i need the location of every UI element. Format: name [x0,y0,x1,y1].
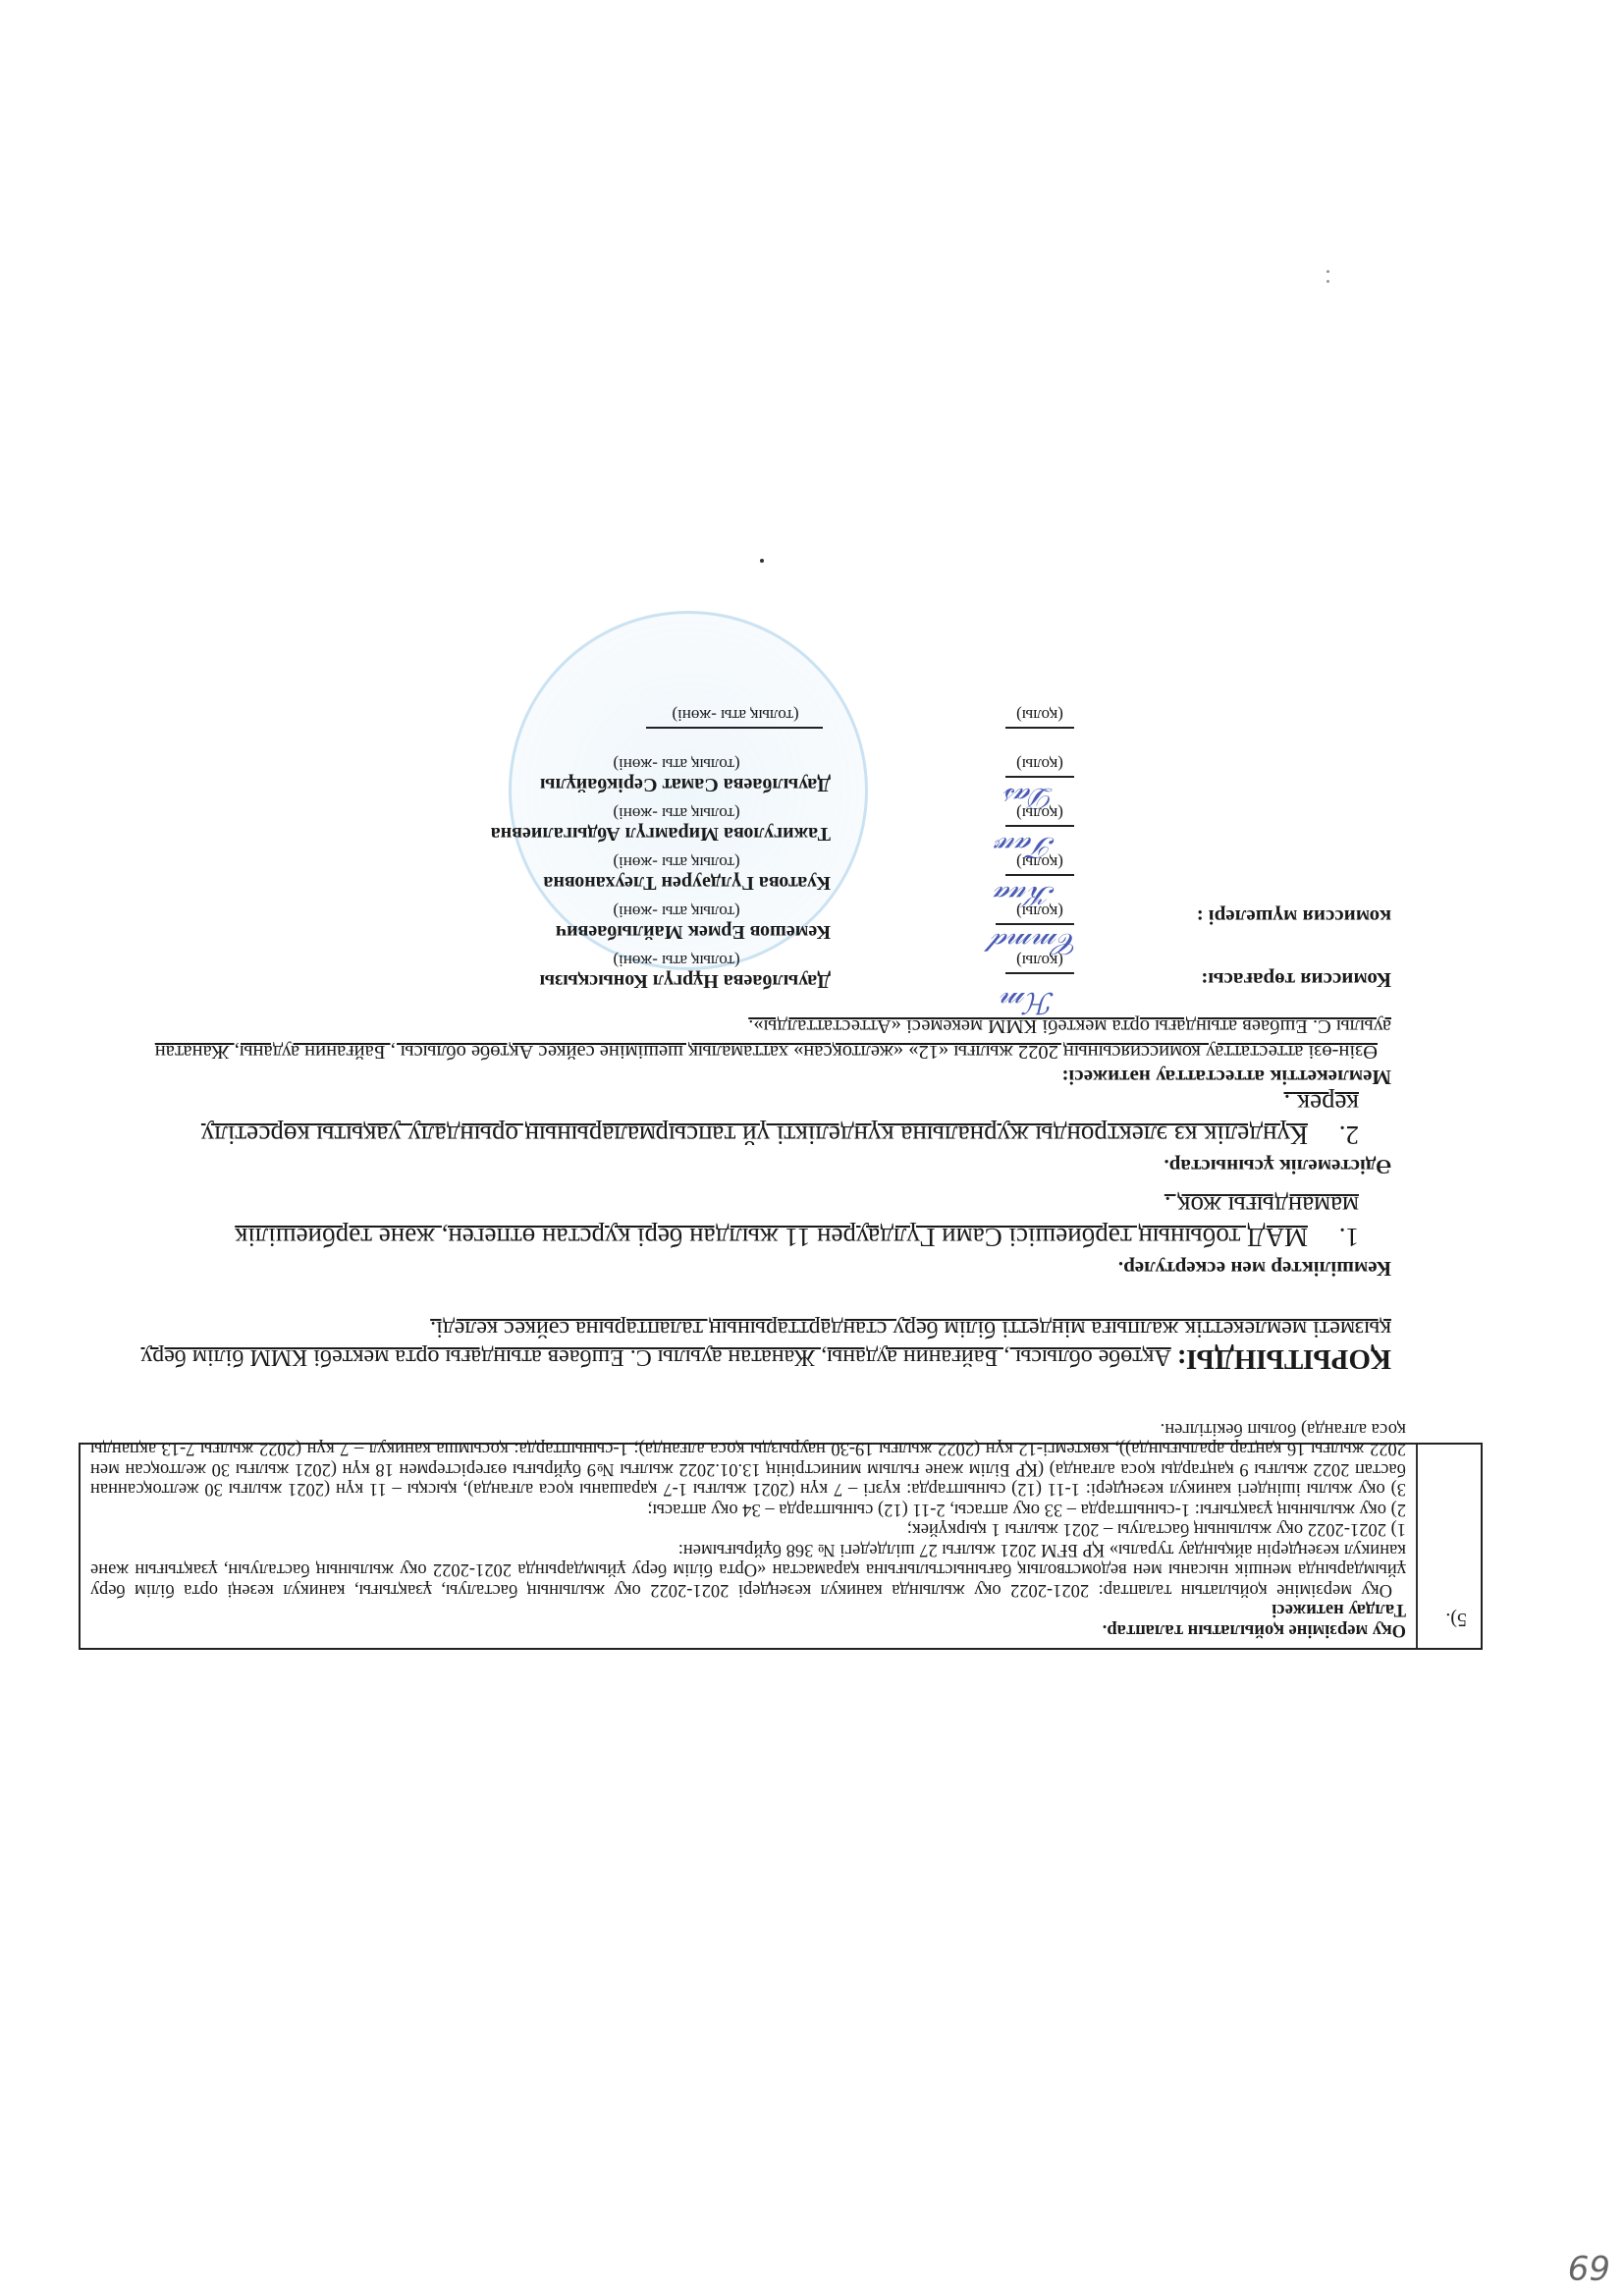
name-caption: (толық аты -жөні) [593,754,760,774]
item-text: МАД тобының тәрбиешісі Сами Гүлдаурен 11… [235,1191,1359,1252]
document-page: 69 5). Оқу мерзіміне қойылатын талаптар.… [0,0,1624,2296]
shortcoming-item-1: 1.МАД тобының тәрбиешісі Сами Гүлдаурен … [141,1190,1359,1253]
name-line [646,727,823,729]
name-caption: (толық аты -жөні) [652,705,819,725]
scan-speck [1326,270,1329,273]
section5-paragraph: Оқу мерзіміне қойылатын талаптар: 2021-2… [90,1540,1406,1601]
attestation-result: Мемлекеттік аттестаттау нәтижесі: Өзін-ө… [95,1013,1391,1090]
signature-line [1005,972,1074,974]
signatory-name: Тажигулова Мирамгүл Абдыгалиевна [491,822,831,845]
section5-title: Оқу мерзіміне қойылатын талаптар. [90,1620,1406,1641]
signature-ink-icon: ℋ𝓂 [1001,985,1055,1019]
signature-ink-icon: 𝒦𝓊𝒶 [995,879,1055,913]
section-number: 5). [1416,1445,1481,1648]
signature-line [1005,727,1074,729]
section5-subtitle: Талдау нәтижесі [90,1600,1406,1620]
item-number: 1. [1308,1222,1359,1253]
signature-line [1005,874,1074,876]
conclusion: ҚОРЫТЫНДЫ: Ақтөбе облысы , Байғанин ауда… [95,1314,1391,1373]
signature-line [1005,776,1074,778]
signatory-name: Куатова Гүлдәурен Тлеухановна [543,871,831,894]
name-caption: (толық аты -жөні) [593,902,760,921]
attestation-result-text: Өзін-өзі аттестаттау комиссиясының 2022 … [95,1013,1391,1065]
signature-line [996,923,1074,925]
item-number: 2. [1308,1120,1359,1151]
signature-ink-icon: 𝒟𝒶𝓈 [1004,781,1055,815]
name-caption: (толық аты -жөні) [593,803,760,823]
handwritten-page-number: 69 [1568,2247,1610,2286]
scan-speck [760,559,764,563]
section5-point-2: 2) оқу жылының ұзақтығы: 1-сыныптарда – … [90,1500,1406,1520]
section5-point-1: 1) 2021-2022 оқу жылының басталуы – 2021… [90,1519,1406,1540]
conclusion-label: ҚОРЫТЫНДЫ: [1177,1343,1391,1375]
signature-line [1005,825,1074,827]
section5-body: Оқу мерзіміне қойылатын талаптар. Талдау… [81,1445,1416,1648]
item-text: Күнделік кз электронды журналына күнделі… [201,1089,1359,1150]
section5-point-3: 3) оқу жылы ішіндегі каникул кезеңдері: … [90,1419,1406,1500]
name-caption: (толық аты -жөні) [593,852,760,872]
scan-speck [1326,280,1329,283]
name-caption: (толық аты -жөні) [593,951,760,970]
shortcomings-title: Кемшіліктер мен ескертулер. [1118,1256,1391,1281]
attestation-result-title: Мемлекеттік аттестаттау нәтижесі: [95,1065,1391,1090]
signatory-name: Кемешов Ермек Майлыбаевич [556,920,831,943]
signature-ink-icon: 𝒞𝓂𝓂𝒹 [993,926,1079,960]
signatory-name: Дауылбаева Нұргүл Конысқызы [539,969,831,992]
recommendations-title: Әдістемелік ұсыныстар. [1164,1154,1391,1178]
signature-caption: (қолы) [1005,705,1074,725]
members-label: комиссия мүшелері : [1197,904,1391,929]
chair-label: Комиссия төрағасы: [1201,967,1391,992]
recommendation-item-2: 2.Күнделік кз электронды журналына күнде… [141,1088,1359,1151]
signature-caption: (қолы) [1005,754,1074,774]
section5-table: 5). Оқу мерзіміне қойылатын талаптар. Та… [79,1443,1483,1650]
signatory-name: Дауылбаева Самат Серікбайұлы [540,773,831,795]
signature-ink-icon: 𝒯𝒶𝓌 [996,830,1055,864]
